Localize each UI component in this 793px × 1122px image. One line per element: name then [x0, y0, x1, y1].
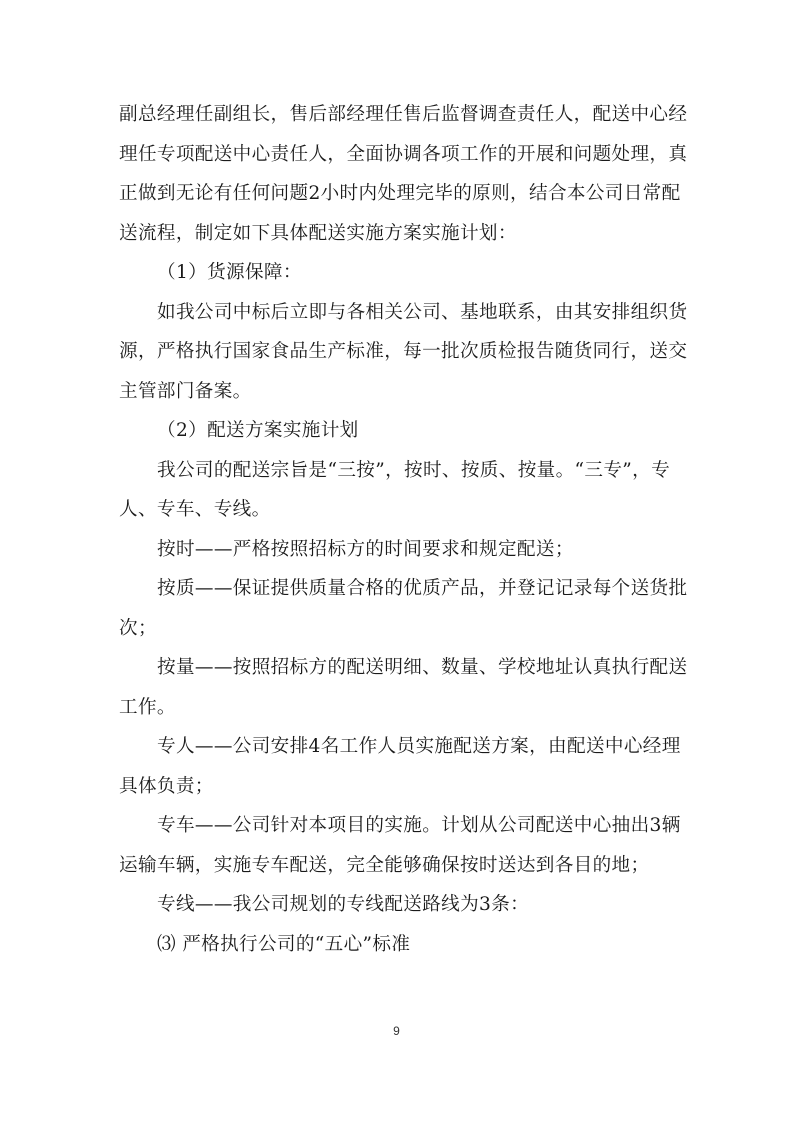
paragraph-line: 专线——我公司规划的专线配送路线为3条：: [157, 893, 529, 917]
paragraph-line: 主管部门备案。: [119, 380, 252, 404]
paragraph-line: 具体负责；: [119, 775, 214, 799]
paragraph-line: 源，严格执行国家食品生产标准，每一批次质检报告随货同行，送交: [119, 340, 687, 364]
paragraph-line: 运输车辆，实施专车配送，完全能够确保按时送达到各目的地；: [119, 854, 649, 878]
paragraph-line: 按量——按照招标方的配送明细、数量、学校地址认真执行配送: [157, 656, 687, 680]
paragraph-line: 按时——严格按照招标方的时间要求和规定配送；: [157, 538, 574, 562]
paragraph-line: 送流程，制定如下具体配送实施方案实施计划：: [119, 222, 517, 246]
paragraph-line: 人、专车、专线。: [119, 498, 271, 522]
section-heading-2: （2）配送方案实施计划: [157, 419, 359, 443]
paragraph-line: 正做到无论有任何问题2小时内处理完毕的原则，结合本公司日常配: [119, 182, 681, 206]
paragraph-line: 工作。: [119, 696, 176, 720]
paragraph-line: 副总经理任副组长，售后部经理任售后监督调查责任人，配送中心经: [119, 103, 687, 127]
paragraph-line: 专人——公司安排4名工作人员实施配送方案，由配送中心经理: [157, 735, 681, 759]
paragraph-line: 如我公司中标后立即与各相关公司、基地联系，由其安排组织货: [157, 301, 687, 325]
paragraph-line: 次；: [119, 617, 157, 641]
paragraph-line: 我公司的配送宗旨是“三按”，按时、按质、按量。“三专”，专: [157, 459, 670, 483]
paragraph-line: 按质——保证提供质量合格的优质产品，并登记记录每个送货批: [157, 577, 687, 601]
paragraph-line: 专车——公司针对本项目的实施。计划从公司配送中心抽出3辆: [157, 814, 681, 838]
paragraph-line: 理任专项配送中心责任人，全面协调各项工作的开展和问题处理，真: [119, 143, 687, 167]
section-heading-3: ⑶ 严格执行公司的“五心”标准: [157, 933, 410, 957]
page-number: 9: [0, 1024, 793, 1038]
section-heading-1: （1）货源保障：: [157, 261, 302, 285]
